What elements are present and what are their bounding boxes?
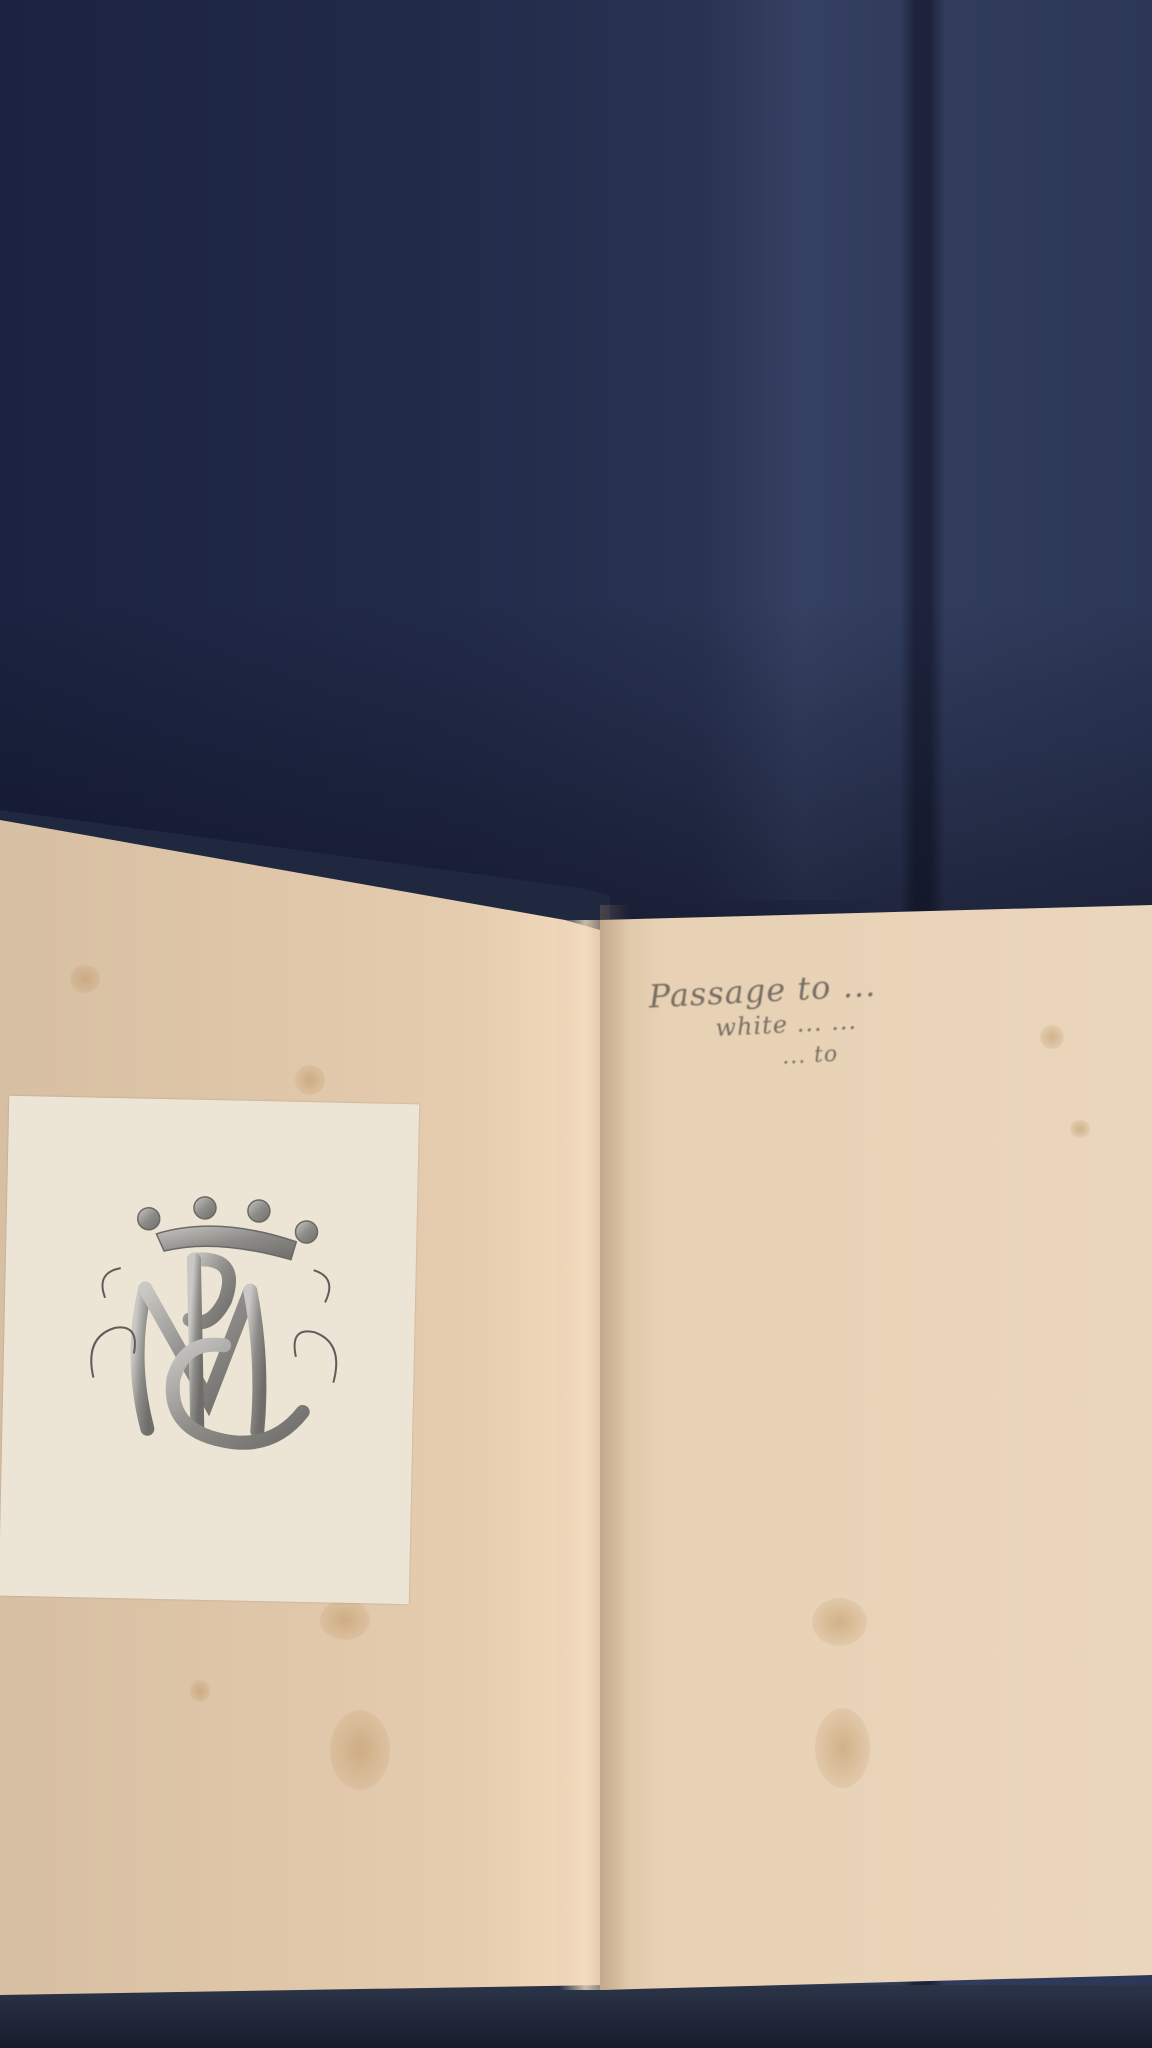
crown-icon xyxy=(137,1195,318,1260)
foxing-stain xyxy=(295,1065,325,1095)
foxing-stain xyxy=(815,1708,870,1788)
armorial-bookplate xyxy=(0,1096,419,1604)
foxing-stain xyxy=(70,965,100,993)
crowned-monogram-icon xyxy=(72,1177,358,1473)
foxing-stain xyxy=(812,1598,867,1646)
gutter-shadow xyxy=(600,905,630,1990)
foxing-stain xyxy=(320,1600,370,1640)
foxing-stain xyxy=(1070,1120,1090,1138)
book-cover-lower-edge xyxy=(0,1985,1152,2048)
foxing-stain xyxy=(190,1680,210,1702)
photo-scene: Passage to ... white ... ... ... to xyxy=(0,0,1152,2048)
foxing-stain xyxy=(330,1710,390,1790)
